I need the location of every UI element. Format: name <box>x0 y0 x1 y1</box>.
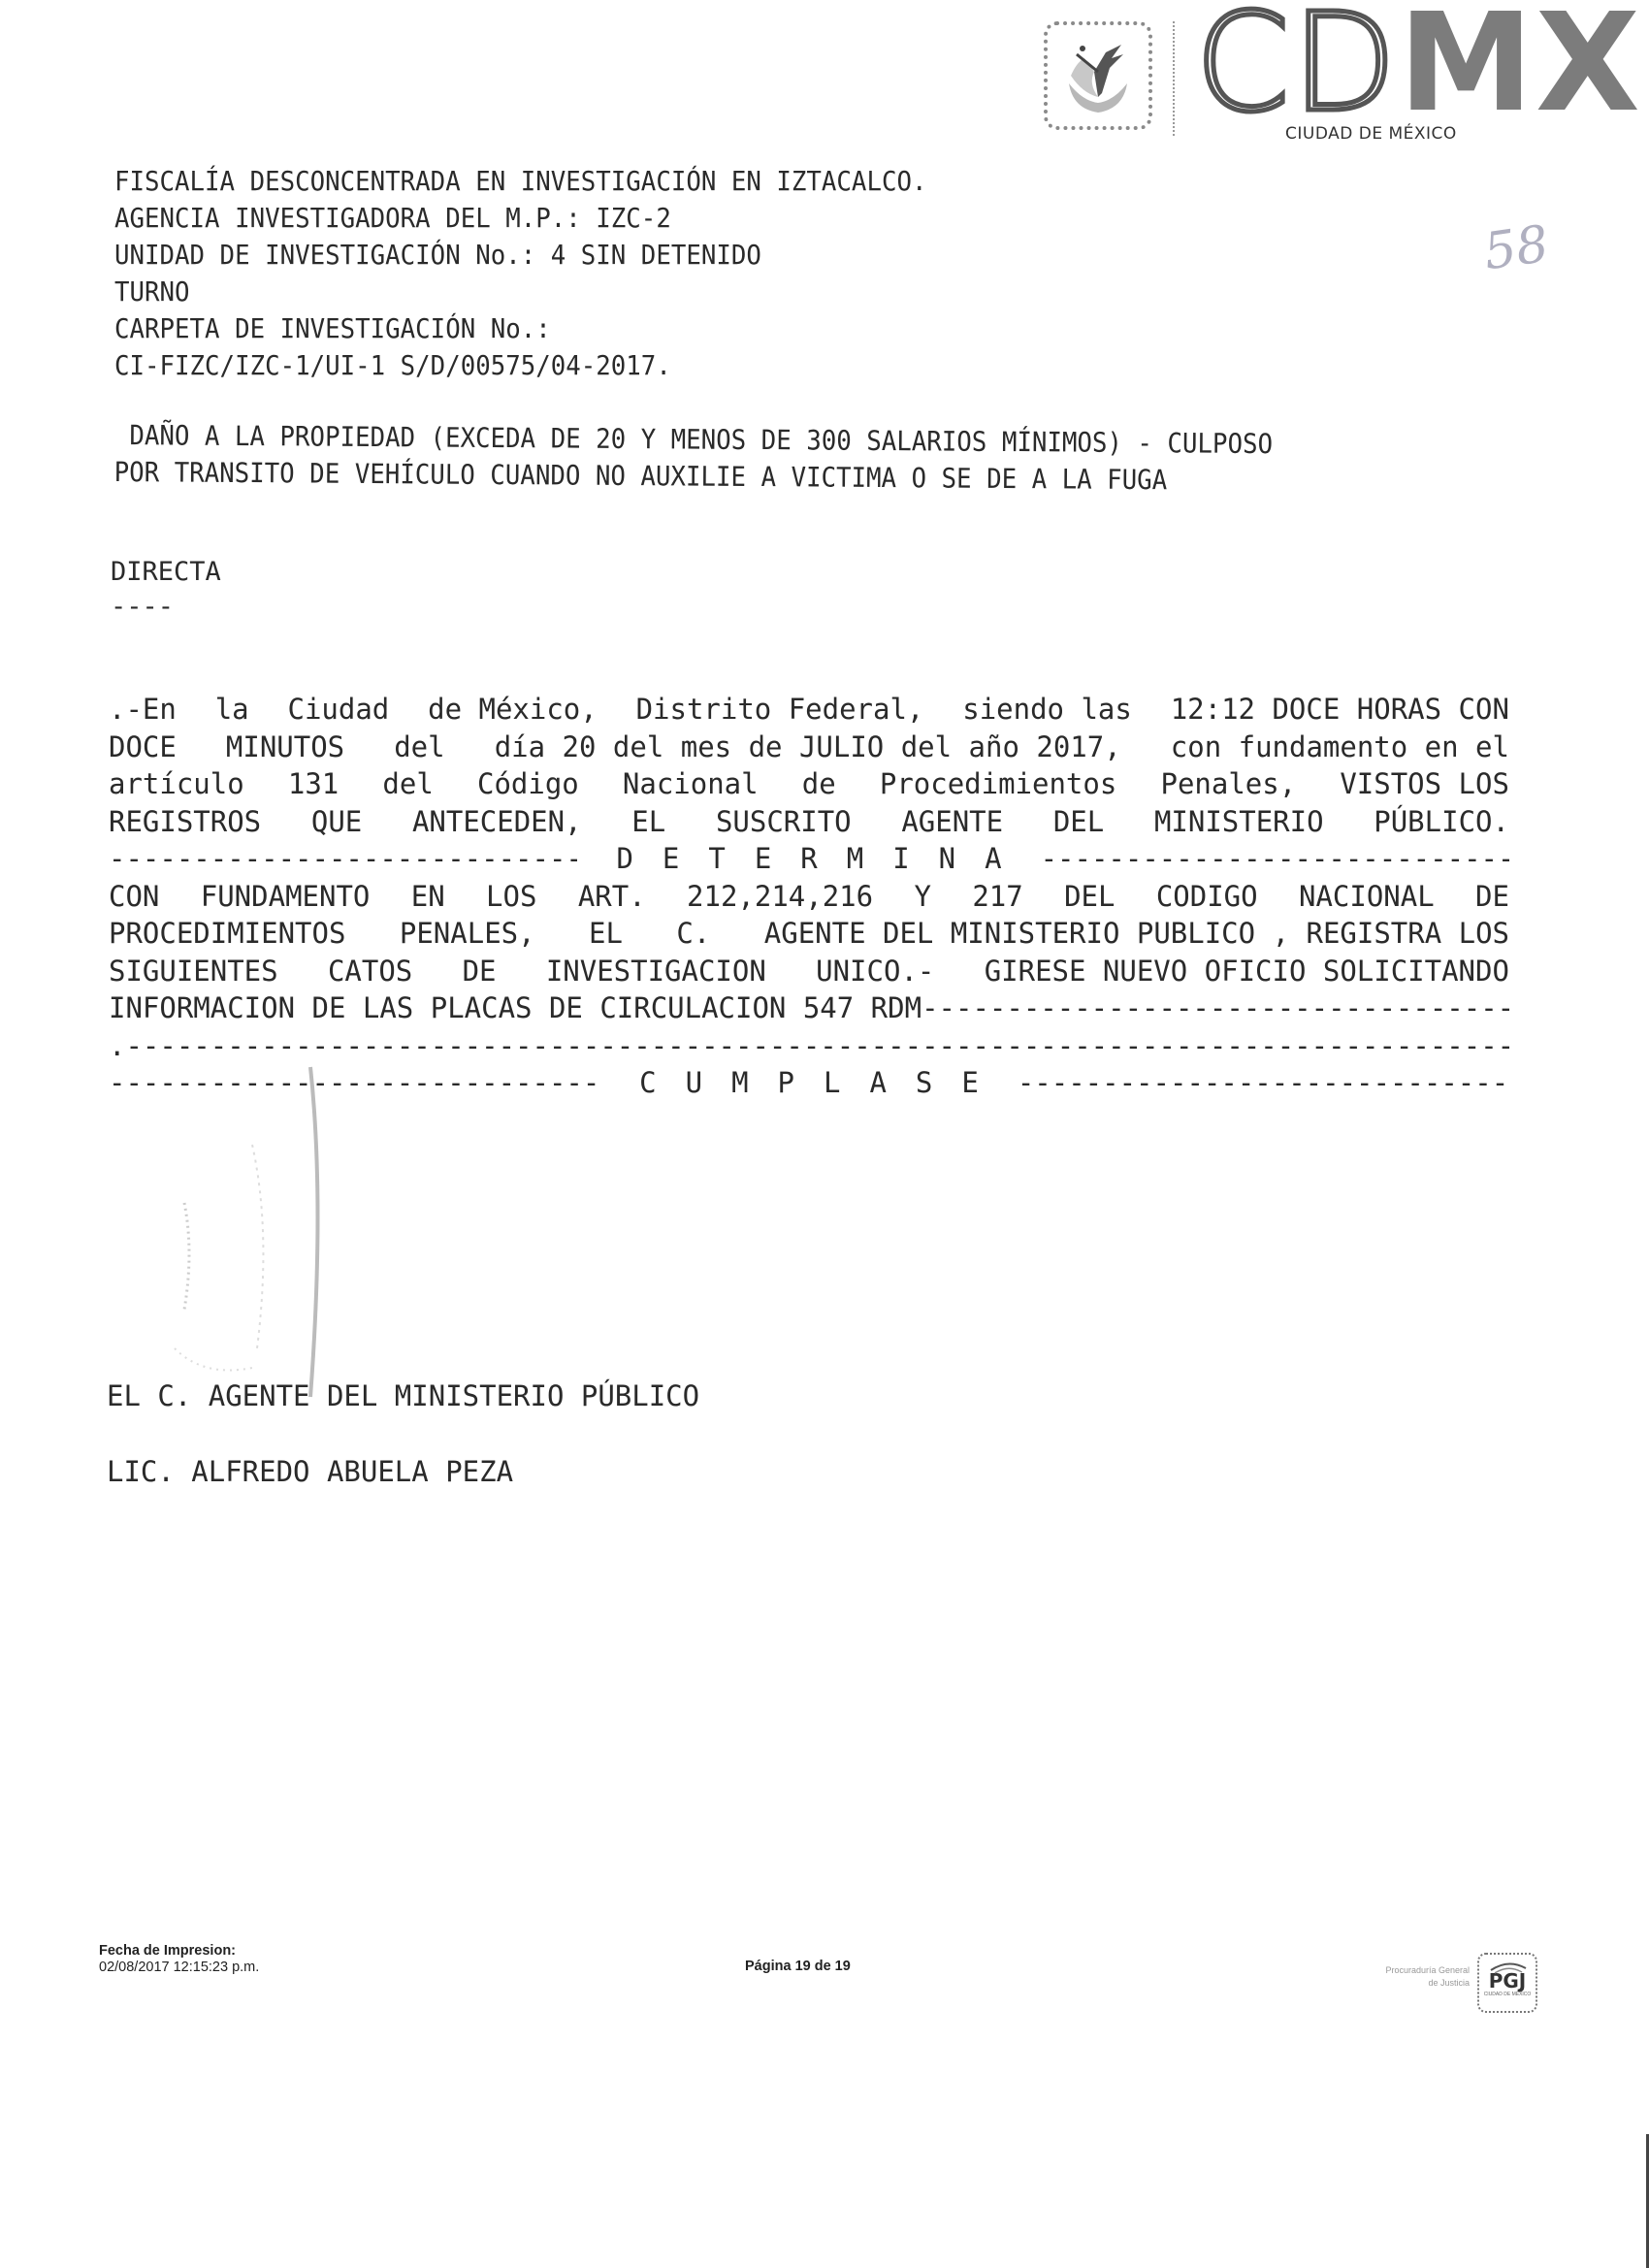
word: artículo <box>109 765 244 803</box>
word: GIRESE NUEVO OFICIO SOLICITANDO <box>985 953 1509 990</box>
word: Penales, <box>1160 765 1296 803</box>
faded-stamp-icon <box>165 1057 320 1407</box>
word: .-En <box>109 691 177 729</box>
offense-line: POR TRANSITO DE VEHÍCULO CUANDO NO AUXIL… <box>114 454 1273 500</box>
case-number: CI-FIZC/IZC-1/UI-1 S/D/00575/04-2017. <box>114 347 926 384</box>
paragraph: .-EnlaCiudadde México,Distrito Federal,s… <box>109 691 1509 840</box>
dash-fill: ----------------------------------------… <box>921 989 1509 1027</box>
resolution-paragraph: CONFUNDAMENTOENLOSART.212,214,216Y217DEL… <box>109 878 1509 990</box>
paragraph-line: .-EnlaCiudadde México,Distrito Federal,s… <box>109 691 1509 729</box>
word: SIGUIENTES <box>109 953 278 990</box>
agency-name-line: Procuraduría General <box>1353 1964 1470 1977</box>
word: MINUTOS <box>226 729 344 766</box>
page-number: Página 19 de 19 <box>745 1959 851 1974</box>
word: siendo las <box>962 691 1132 729</box>
cdmx-emblem-icon <box>1044 21 1152 130</box>
section-title: DIRECTA <box>111 555 221 590</box>
word: VISTOS LOS <box>1340 765 1509 803</box>
word: DEL <box>1064 878 1115 916</box>
word: la <box>215 691 249 729</box>
logo-subtitle: CIUDAD DE MÉXICO <box>1285 124 1457 144</box>
word: CATOS <box>328 953 412 990</box>
agency-name: Procuraduría General de Justicia <box>1353 1964 1470 1990</box>
dash-fill: ---------------------------------------- <box>109 840 577 878</box>
print-date: Fecha de Impresion: 02/08/2017 12:15:23 … <box>99 1943 259 1976</box>
word: Código <box>477 765 579 803</box>
wordmark-light: CD <box>1195 0 1399 143</box>
signer-title: EL C. AGENTE DEL MINISTERIO PÚBLICO <box>107 1377 699 1414</box>
word: AGENTE <box>901 803 1003 841</box>
cumplase-label: CUMPLASE <box>600 1064 1018 1102</box>
word: EL <box>631 803 665 841</box>
word: LOS <box>486 878 536 916</box>
print-date-label: Fecha de Impresion: <box>99 1943 259 1960</box>
header-line: UNIDAD DE INVESTIGACIÓN No.: 4 SIN DETEN… <box>114 237 926 274</box>
word: PÚBLICO. <box>1374 803 1509 841</box>
resolution-line: CONFUNDAMENTOENLOSART.212,214,216Y217DEL… <box>109 878 1509 916</box>
dash-fill: ----------------------------------------… <box>1018 1064 1509 1102</box>
word: Distrito Federal, <box>636 691 924 729</box>
paragraph-line: DOCEMINUTOSdeldía 20 del mes de JULIO de… <box>109 729 1509 766</box>
dash-fill: ----------------------------------------… <box>125 1027 1509 1065</box>
word: PENALES, <box>400 915 535 953</box>
word: ART. <box>578 878 646 916</box>
word: 12:12 DOCE HORAS CON <box>1171 691 1509 729</box>
determina-label: DETERMINA <box>577 840 1040 878</box>
word: 212,214,216 <box>687 878 873 916</box>
pgj-logo-subtext: CIUDAD DE MÉXICO <box>1479 1992 1536 1997</box>
resolution-body: .-EnlaCiudadde México,Distrito Federal,s… <box>109 691 1509 1102</box>
word: PROCEDIMIENTOS <box>109 915 345 953</box>
word: Procedimientos <box>880 765 1116 803</box>
logo-divider <box>1173 21 1175 136</box>
signer-name: LIC. ALFREDO ABUELA PEZA <box>107 1453 513 1490</box>
dash-line-prefix: . <box>109 1027 125 1065</box>
word: del <box>394 729 444 766</box>
word: MINISTERIO <box>1154 803 1324 841</box>
offense-description: DAÑO A LA PROPIEDAD (EXCEDA DE 20 Y MENO… <box>114 417 1274 500</box>
header-line: AGENCIA INVESTIGADORA DEL M.P.: IZC-2 <box>114 200 926 237</box>
word: DEL <box>1053 803 1104 841</box>
pgj-logo-icon: PGJ CIUDAD DE MÉXICO <box>1477 1953 1537 2013</box>
plates-request-text: INFORMACION DE LAS PLACAS DE CIRCULACION… <box>109 989 921 1027</box>
word: CODIGO <box>1156 878 1258 916</box>
word: DE <box>1475 878 1509 916</box>
header-line: FISCALÍA DESCONCENTRADA EN INVESTIGACIÓN… <box>114 163 926 200</box>
paragraph-line: artículo131delCódigoNacionaldeProcedimie… <box>109 765 1509 803</box>
word: DOCE <box>109 729 177 766</box>
word: de <box>802 765 836 803</box>
word: 217 <box>972 878 1022 916</box>
word: INVESTIGACION <box>546 953 766 990</box>
determina-separator: ----------------------------------------… <box>109 840 1509 878</box>
header-line: CARPETA DE INVESTIGACIÓN No.: <box>114 310 926 347</box>
header-line: TURNO <box>114 274 926 310</box>
word: del <box>382 765 433 803</box>
word: C. <box>676 915 710 953</box>
word: DE <box>463 953 497 990</box>
case-header: FISCALÍA DESCONCENTRADA EN INVESTIGACIÓN… <box>114 163 926 384</box>
wordmark-bold: MX <box>1399 0 1642 143</box>
resolution-line: SIGUIENTESCATOSDEINVESTIGACIONUNICO.-GIR… <box>109 953 1509 990</box>
word: ANTECEDEN, <box>412 803 582 841</box>
resolution-line: PROCEDIMIENTOSPENALES,ELC.AGENTE DEL MIN… <box>109 915 1509 953</box>
word: con fundamento en el <box>1171 729 1509 766</box>
resolution-last-line: INFORMACION DE LAS PLACAS DE CIRCULACION… <box>109 989 1509 1027</box>
word: 131 <box>288 765 339 803</box>
word: NACIONAL <box>1299 878 1435 916</box>
word: día 20 del mes de JULIO del año 2017, <box>495 729 1121 766</box>
document-page: CDMX CIUDAD DE MÉXICO 58 FISCALÍA DESCON… <box>0 0 1649 2268</box>
word: EN <box>411 878 445 916</box>
word: Nacional <box>623 765 759 803</box>
word: FUNDAMENTO <box>201 878 371 916</box>
print-date-value: 02/08/2017 12:15:23 p.m. <box>99 1960 259 1976</box>
word: QUE <box>311 803 362 841</box>
word: EL <box>589 915 623 953</box>
word: Ciudad <box>287 691 389 729</box>
dash-fill: ---------------------------------------- <box>1041 840 1509 878</box>
word: SUSCRITO <box>716 803 852 841</box>
word: Y <box>914 878 930 916</box>
word: UNICO.- <box>816 953 934 990</box>
handwritten-folio-number: 58 <box>1480 215 1552 282</box>
cdmx-wordmark: CDMX <box>1195 6 1642 122</box>
word: AGENTE DEL MINISTERIO PUBLICO , REGISTRA… <box>764 915 1509 953</box>
agency-name-line: de Justicia <box>1353 1977 1470 1990</box>
word: CON <box>109 878 159 916</box>
section-underline: ---- <box>111 592 174 622</box>
word: de México, <box>428 691 598 729</box>
paragraph-line: REGISTROSQUEANTECEDEN,ELSUSCRITOAGENTEDE… <box>109 803 1509 841</box>
word: REGISTROS <box>109 803 261 841</box>
